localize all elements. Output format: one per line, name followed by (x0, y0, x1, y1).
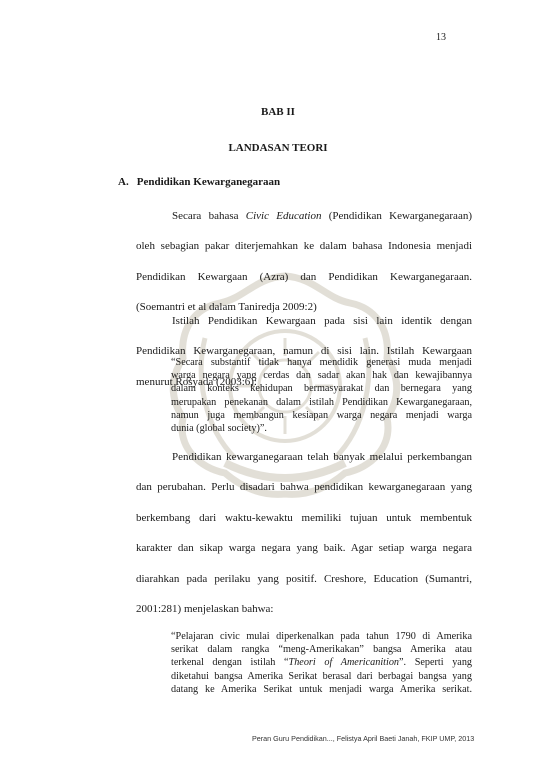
quote-line: “Pelajaran civic mulai diperkenalkan pad… (171, 630, 472, 643)
paragraph-line: 2001:281) menjelaskan bahwa: (136, 594, 472, 624)
paragraph-line: karakter dan sikap warga negara yang bai… (136, 533, 472, 563)
quote-line: merupakan penekanan dalam istilah Pendid… (171, 396, 472, 409)
quote-line: warga negara yang cerdas dan sadar akan … (171, 369, 472, 382)
section-title: Pendidikan Kewarganegaraan (137, 176, 280, 188)
paragraph-line: Pendidikan Kewargaan (Azra) dan Pendidik… (136, 262, 472, 292)
quote-line: dunia (global society)”. (171, 422, 472, 435)
chapter-title: LANDASAN TEORI (3, 142, 550, 154)
paragraph-line: Istilah Pendidikan Kewargaan pada sisi l… (136, 306, 472, 336)
paragraph-line: diarahkan pada perilaku yang positif. Cr… (136, 564, 472, 594)
quote-line: namun juga membangun kesiapan warga nega… (171, 409, 472, 422)
footer-citation: Peran Guru Pendidikan..., Felistya April… (252, 734, 474, 743)
quote-line: diketahui bangsa Amerika Serikat berasal… (171, 670, 472, 683)
paragraph-line: berkembang dari waktu-kewaktu memiliki t… (136, 503, 472, 533)
paragraph-1: Secara bahasa Civic Education (Pendidika… (136, 201, 472, 323)
section-heading: A. Pendidikan Kewarganegaraan (118, 176, 280, 188)
paragraph-line: Pendidikan kewarganegaraan telah banyak … (136, 442, 472, 472)
paragraph-line: Secara bahasa Civic Education (Pendidika… (136, 201, 472, 231)
section-number: A. (118, 176, 134, 188)
paragraph-line: oleh sebagian pakar diterjemahkan ke dal… (136, 231, 472, 261)
quote-line: terkenal dengan istilah “Theori of Ameri… (171, 656, 472, 669)
page-number: 13 (436, 32, 446, 43)
chapter-label: BAB II (3, 106, 550, 118)
quote-line: datang ke Amerika Serikat untuk menjadi … (171, 683, 472, 696)
paragraph-3: Pendidikan kewarganegaraan telah banyak … (136, 442, 472, 624)
quote-line: dalam konteks kehidupan bermasyarakat da… (171, 382, 472, 395)
quote-line: serikat dalam rangka “meng-Amerikakan” b… (171, 643, 472, 656)
block-quote-2: “Pelajaran civic mulai diperkenalkan pad… (171, 630, 472, 696)
quote-line: “Secara substantif tidak hanya mendidik … (171, 356, 472, 369)
block-quote-1: “Secara substantif tidak hanya mendidik … (171, 356, 472, 435)
paragraph-line: dan perubahan. Perlu disadari bahwa pend… (136, 472, 472, 502)
